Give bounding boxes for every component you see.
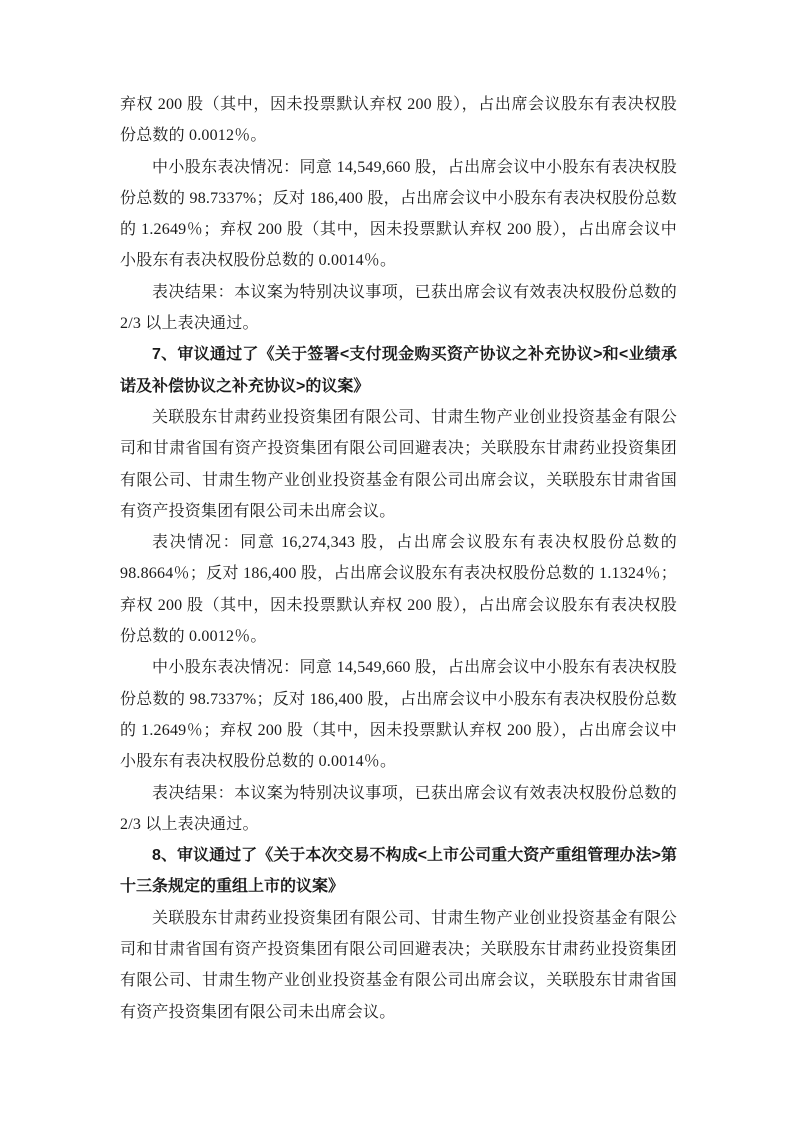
para-item7-minority-vote: 中小股东表决情况：同意 14,549,660 股，占出席会议中小股东有表决权股份…	[120, 652, 677, 777]
para-item7-vote-result: 表决结果：本议案为特别决议事项，已获出席会议有效表决权股份总数的 2/3 以上表…	[120, 778, 677, 841]
heading-item-8: 8、审议通过了《关于本次交易不构成<上市公司重大资产重组管理办法>第十三条规定的…	[120, 840, 677, 903]
para-item8-related-shareholders: 关联股东甘肃药业投资集团有限公司、甘肃生物产业创业投资基金有限公司和甘肃省国有资…	[120, 903, 677, 1028]
document-page: 弃权 200 股（其中，因未投票默认弃权 200 股），占出席会议股东有表决权股…	[0, 0, 793, 1122]
para-item6-minority-vote: 中小股东表决情况：同意 14,549,660 股，占出席会议中小股东有表决权股份…	[120, 152, 677, 277]
para-item6-abstain-continuation: 弃权 200 股（其中，因未投票默认弃权 200 股），占出席会议股东有表决权股…	[120, 89, 677, 152]
para-item7-related-shareholders: 关联股东甘肃药业投资集团有限公司、甘肃生物产业创业投资基金有限公司和甘肃省国有资…	[120, 402, 677, 527]
para-item7-vote: 表决情况：同意 16,274,343 股，占出席会议股东有表决权股份总数的 98…	[120, 527, 677, 652]
heading-item-7: 7、审议通过了《关于签署<支付现金购买资产协议之补充协议>和<业绩承诺及补偿协议…	[120, 339, 677, 402]
para-item6-vote-result: 表决结果：本议案为特别决议事项，已获出席会议有效表决权股份总数的 2/3 以上表…	[120, 277, 677, 340]
document-text-block: 弃权 200 股（其中，因未投票默认弃权 200 股），占出席会议股东有表决权股…	[120, 89, 677, 1028]
